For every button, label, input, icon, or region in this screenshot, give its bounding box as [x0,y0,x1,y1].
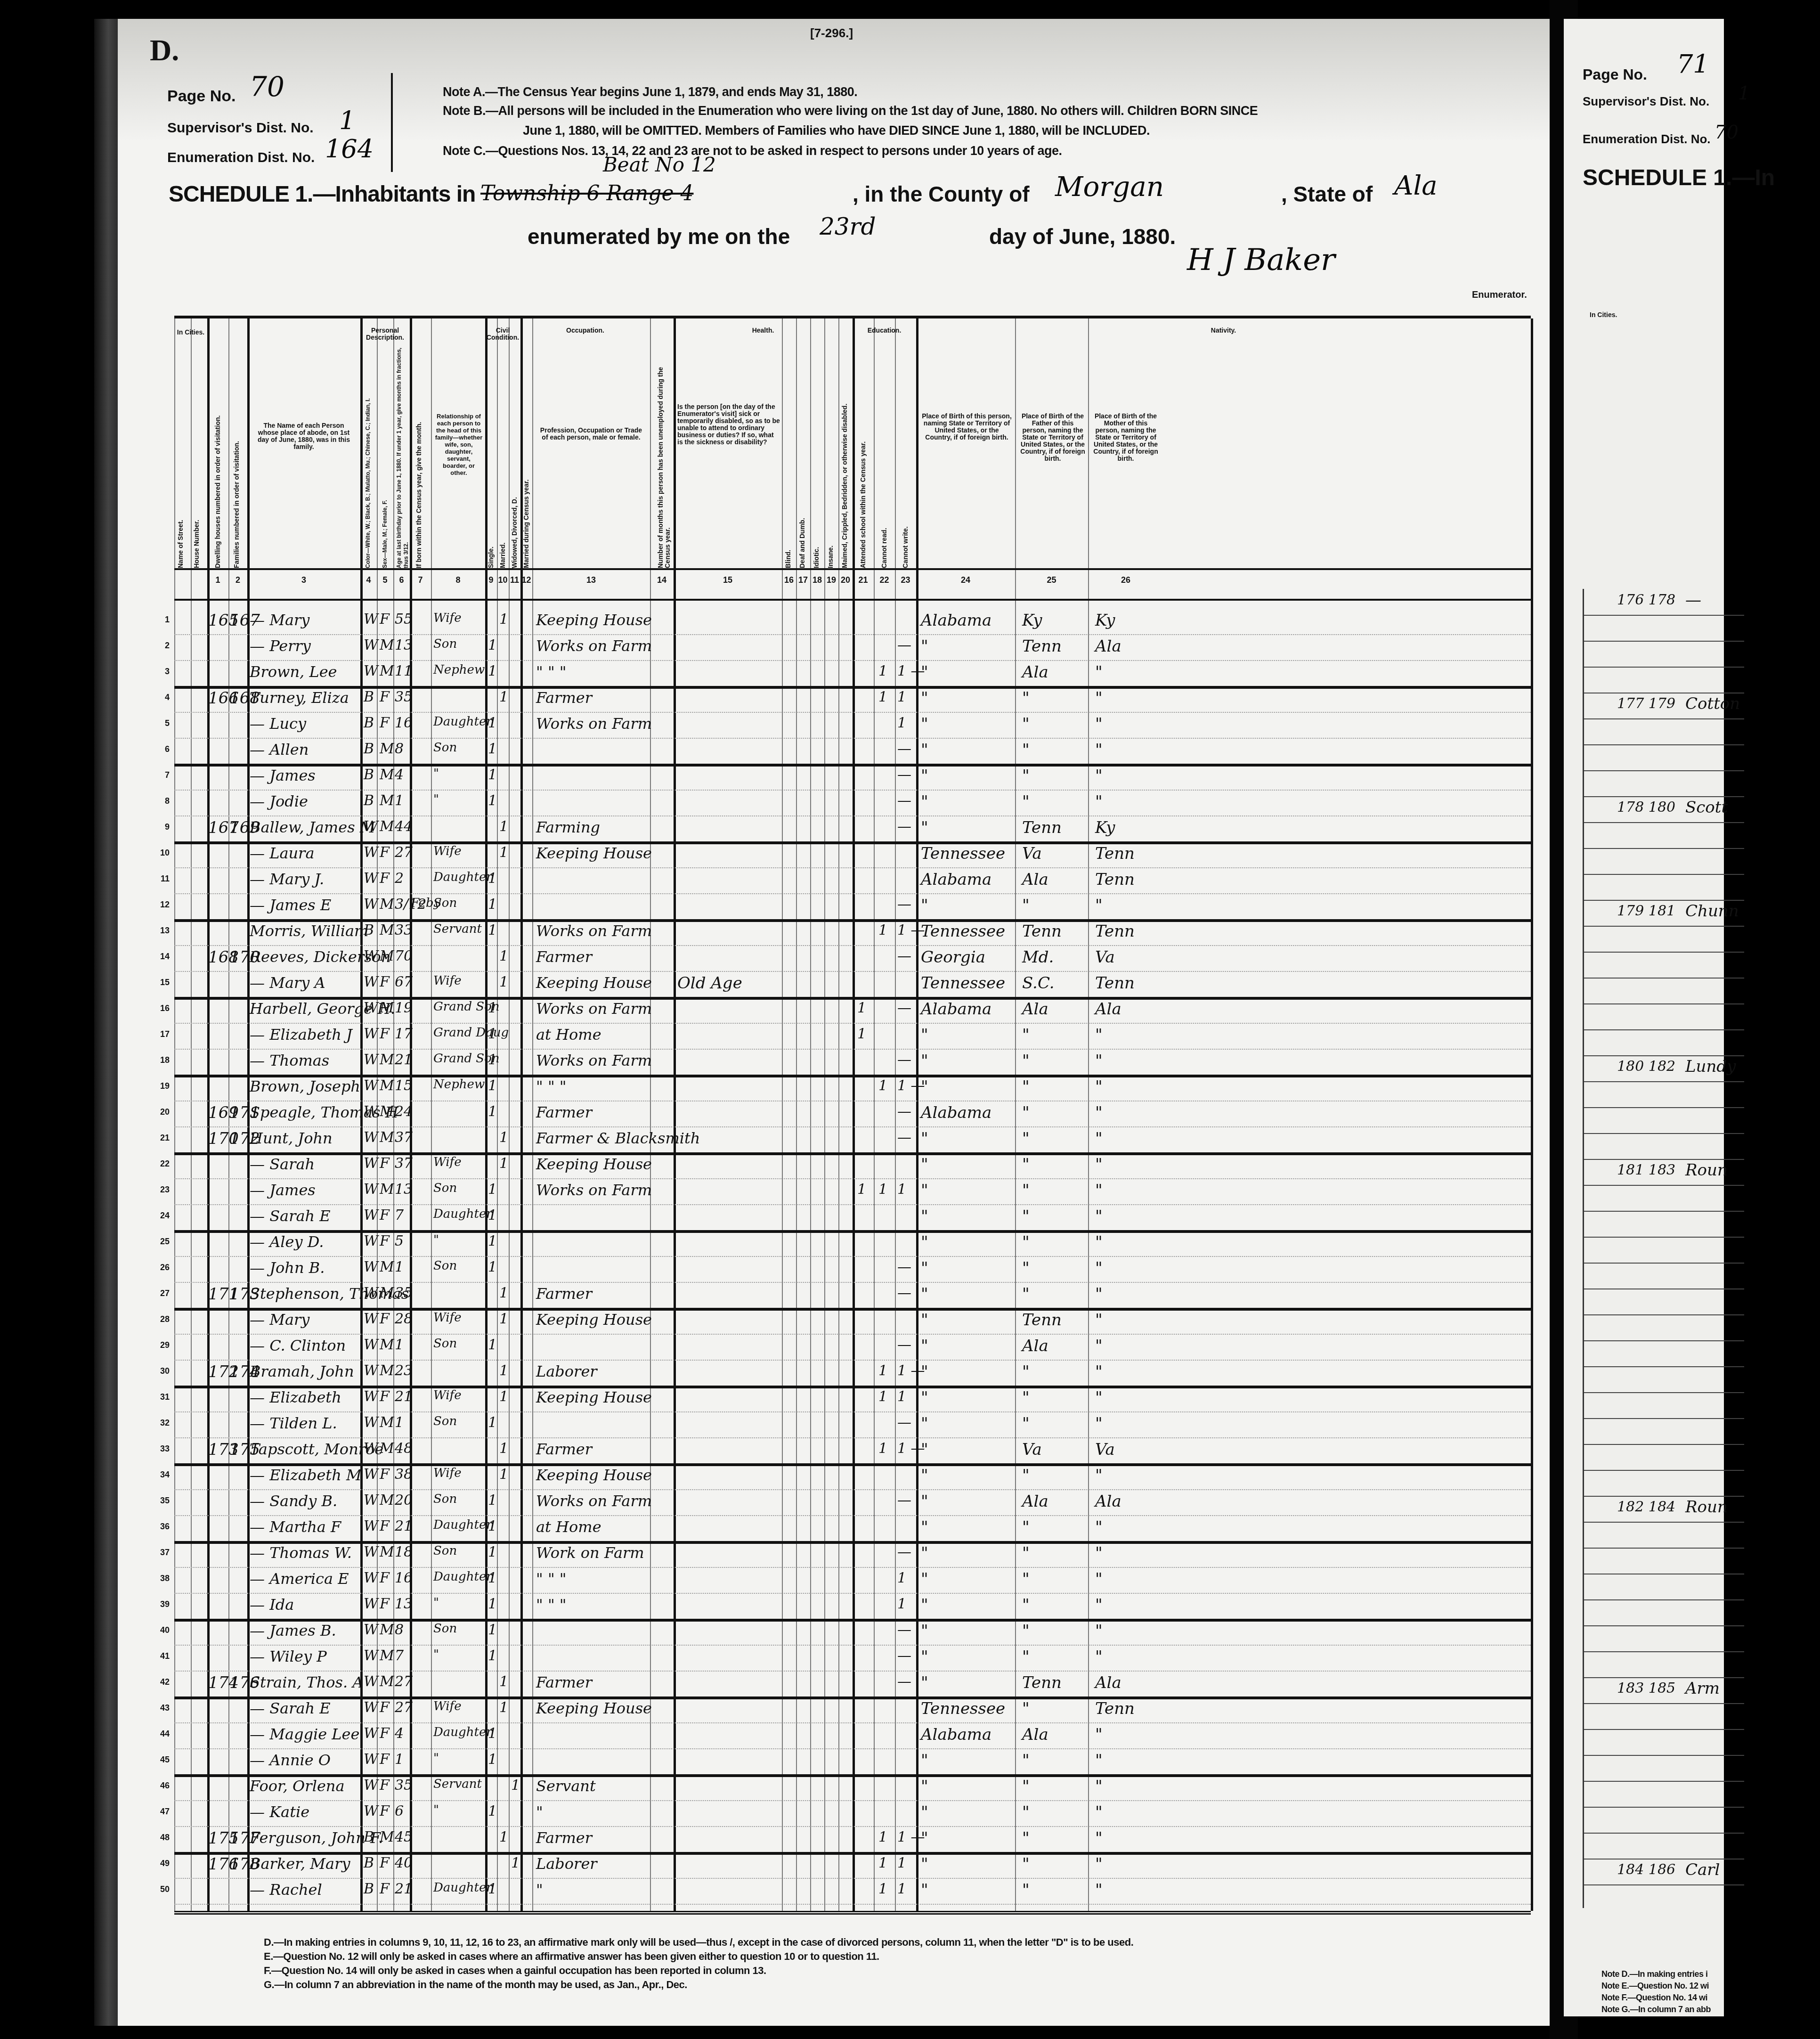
table-row: 35— Sandy B.WM20Son1Works on Farm—"AlaAl… [174,1489,1531,1516]
person-name: — Ida [250,1596,294,1614]
age: 1 [395,1337,404,1353]
supervisor-dist-value: 1 [339,106,355,136]
color: W [364,1155,378,1172]
single-mark: 1 [488,1518,497,1534]
color: W [364,1103,378,1120]
adjacent-dwelling-family: 178 180 [1617,799,1675,816]
adjacent-footnote-e: Note E.—Question No. 12 wi [1601,1981,1709,1991]
person-name: — America E [250,1570,349,1588]
age: 35 [395,689,413,705]
birthplace: " [921,1829,928,1848]
father-birthplace: " [1022,1648,1030,1666]
table-row: 18— ThomasWM21Grand Son1Works on Farm—""… [174,1049,1531,1077]
occupation: Works on Farm [536,1000,652,1018]
mother-birthplace: " [1095,1362,1103,1381]
person-name: — Jodie [250,792,308,810]
adjacent-dwelling-family: 179 181 [1617,903,1675,919]
table-row: 27171173Stephenson, ThomasWM351Farmer—""… [174,1282,1531,1311]
adjacent-row [1584,1651,1744,1678]
single-mark: 1 [488,1103,497,1120]
single-mark: 1 [488,1596,497,1612]
adjacent-person-name: Scott [1685,798,1728,817]
birthplace: Alabama [921,611,991,630]
mother-birthplace: " [1095,1388,1103,1407]
cannot-write-mark: — [897,1492,911,1509]
age: 35 [395,1285,413,1301]
father-birthplace: " [1022,767,1030,785]
color: B [364,1855,374,1871]
person-name: — Maggie Lee [250,1725,359,1743]
married-mark: 1 [499,611,508,628]
father-birthplace: " [1022,1181,1030,1200]
birthplace: " [921,1881,928,1900]
adjacent-row [1584,1133,1744,1160]
mother-birthplace: Ala [1095,1673,1121,1692]
father-birthplace: " [1022,1414,1030,1433]
age: 16 [395,715,413,731]
sex: M [380,1000,394,1016]
row-number: 47 [155,1807,170,1817]
row-number: 15 [155,978,170,987]
occupation: Servant [536,1777,596,1795]
birthplace: " [921,1440,928,1459]
header-sickness: Is the person [on the day of the Enumera… [677,403,780,446]
relationship: Wife [433,974,462,988]
sex: F [380,1518,390,1534]
birthplace: " [921,1855,928,1874]
mother-birthplace: Va [1095,948,1115,967]
colnum-2: 2 [228,575,247,585]
age: 27 [395,1673,413,1690]
adjacent-row [1584,744,1744,771]
occupation: Works on Farm [536,1052,652,1069]
person-name: Brown, Lee [250,663,337,681]
county-label: , in the County of [853,181,1030,207]
occupation: Works on Farm [536,637,652,655]
header-street: Name of Street. [177,446,184,568]
age: 13 [395,1181,413,1198]
age: 20 [395,1492,413,1509]
age: 70 [395,948,413,964]
relationship: Wife [433,1155,462,1169]
color: W [364,818,378,835]
occupation: Farmer [536,1440,592,1458]
adjacent-row [1584,978,1744,1004]
cannot-read-mark: 1 [878,1362,887,1379]
sex: M [380,818,394,835]
adjacent-page-no-label: Page No. [1583,66,1647,83]
mother-birthplace: Ala [1095,1492,1121,1511]
occupation: Farmer [536,689,592,707]
age: 48 [395,1440,413,1457]
row-number: 19 [155,1081,170,1091]
sex: M [380,1259,394,1275]
header-name: The Name of each Person whose place of a… [257,422,351,450]
married-mark: 1 [499,844,508,861]
married-mark: 1 [499,1285,508,1301]
table-row: 21170172Hunt, JohnWM371Farmer & Blacksmi… [174,1126,1531,1155]
father-birthplace: " [1022,1777,1030,1796]
adjacent-row [1584,952,1744,979]
color: W [364,1414,378,1431]
colnum-12: 12 [520,575,532,585]
adjacent-rows: 176 178—177 179Cotton178 180Scott179 181… [1583,589,1725,1908]
relationship: Daughter [433,1518,492,1532]
mother-birthplace: " [1095,1829,1103,1848]
relationship: " [433,1233,439,1247]
table-row: 4166168Turney, ElizaBF351Farmer11""" [174,686,1531,713]
mother-birthplace: " [1095,1751,1103,1770]
occupation: at Home [536,1518,601,1536]
single-mark: 1 [488,1803,497,1819]
birthplace: " [921,1570,928,1589]
sex: M [380,1103,394,1120]
father-birthplace: Tenn [1022,1673,1062,1692]
father-birthplace: " [1022,1855,1030,1874]
corner-letter: D. [150,33,179,68]
footnote-g: G.—In column 7 an abbreviation in the na… [264,1979,687,1991]
age: 17 [395,1026,413,1042]
mother-birthplace: Ala [1095,1000,1121,1019]
header-blind: Blind. [785,526,792,568]
father-birthplace: Ala [1022,1337,1048,1355]
father-birthplace: " [1022,1155,1030,1174]
relationship: Son [433,1414,457,1428]
occupation: Farmer [536,948,592,966]
occupation: Farmer [536,1829,592,1847]
cannot-write-mark: — [897,1622,911,1638]
occupation: Farming [536,818,600,836]
occupation: " " " [536,1077,567,1095]
adjacent-row [1584,926,1744,953]
person-name: — C. Clinton [250,1337,346,1354]
father-birthplace: " [1022,896,1030,915]
birthplace: " [921,1311,928,1329]
sex: F [380,1233,390,1249]
table-row: 7— JamesBM4"1—""" [174,764,1531,791]
adjacent-row [1584,667,1744,693]
occupation: " " " [536,1570,567,1588]
relationship: Son [433,1544,457,1558]
relationship: " [433,1648,439,1662]
age: 1 [395,1414,404,1431]
adjacent-row [1584,1211,1744,1238]
adjacent-dwelling-family: 182 184 [1617,1499,1675,1515]
color: W [364,1622,378,1638]
father-birthplace: " [1022,689,1030,708]
cannot-write-mark: 1 [897,1881,906,1897]
row-number: 38 [155,1574,170,1583]
table-row: 26— John B.WM1Son1—""" [174,1256,1531,1283]
row-number: 20 [155,1107,170,1117]
sex: M [380,948,394,964]
table-row: 40— James B.WM8Son1—""" [174,1619,1531,1646]
birthplace: " [921,1233,928,1252]
person-name: — Lucy [250,715,306,733]
table-row: 42174176Strain, Thos. AWM271Farmer—"Tenn… [174,1671,1531,1699]
color: B [364,741,374,757]
mother-birthplace: Tenn [1095,870,1135,889]
father-birthplace: Va [1022,1440,1042,1459]
birthplace: " [921,1285,928,1304]
person-name: Ballew, James M [250,818,375,836]
mother-birthplace: " [1095,792,1103,811]
row-number: 23 [155,1185,170,1195]
person-name: Morris, William [250,922,368,940]
mother-birthplace: " [1095,1026,1103,1044]
single-mark: 1 [488,896,497,913]
age: 1 [395,1751,404,1768]
adjacent-row [1584,1444,1744,1471]
cannot-write-mark: — [897,767,911,783]
sex: F [380,1311,390,1327]
occupation: " [536,1803,543,1821]
color: B [364,689,374,705]
mother-birthplace: " [1095,1725,1103,1744]
row-number: 4 [155,693,170,702]
adjacent-person-name: Lundy [1685,1057,1736,1076]
mother-birthplace: " [1095,1518,1103,1537]
adjacent-row [1584,848,1744,875]
mother-birthplace: " [1095,1596,1103,1615]
sex: M [380,1673,394,1690]
single-mark: 1 [488,1648,497,1664]
colnum-24: 24 [916,575,1015,585]
adjacent-supervisor-value: 1 [1738,82,1750,104]
cannot-write-mark: — [897,1103,911,1120]
person-name: — Mary [250,611,309,629]
adjacent-enumeration-value: 70 [1714,122,1739,143]
colnum-9: 9 [485,575,497,585]
father-birthplace: Ky [1022,611,1042,630]
mother-birthplace: " [1095,1803,1103,1822]
occupation: Works on Farm [536,922,652,940]
location-inserted: Beat No 12 [603,153,716,176]
single-mark: 1 [488,1414,497,1431]
mother-birthplace: Ky [1095,611,1115,630]
single-mark: 1 [488,1026,497,1042]
father-birthplace: " [1022,1751,1030,1770]
note-b-line1: Note B.—All persons will be included in … [443,104,1258,118]
color: W [364,1492,378,1509]
colnum-6: 6 [393,575,410,585]
age: 21 [395,1881,413,1897]
sex: F [380,1026,390,1042]
cannot-write-mark: 1 [897,715,906,731]
occupation: Farmer [536,1103,592,1121]
birthplace: " [921,1648,928,1666]
age: 7 [395,1648,404,1664]
row-number: 37 [155,1548,170,1558]
mother-birthplace: Ala [1095,637,1121,656]
adjacent-footnote-d: Note D.—In making entries i [1601,1969,1708,1979]
colnum-18: 18 [810,575,824,585]
enumerator-signature: H J Baker [1187,243,1335,277]
table-row: 16Harbell, George H.WM19Grand Son1Works … [174,997,1531,1024]
relationship: Wife [433,1388,462,1403]
cannot-write-mark: 1 [897,1596,906,1612]
single-mark: 1 [488,870,497,887]
mother-birthplace: " [1095,1648,1103,1666]
age: 11 [395,663,413,679]
cannot-write-mark: — [897,1414,911,1431]
cannot-write-mark: — [897,1285,911,1301]
person-name: — Thomas W. [250,1544,352,1562]
mother-birthplace: " [1095,1570,1103,1589]
person-name: — Mary J. [250,870,324,888]
occupation: " " " [536,1596,567,1614]
colnum-22: 22 [874,575,895,585]
occupation: Keeping House [536,1699,652,1717]
sex: F [380,1699,390,1716]
birthplace: Alabama [921,870,991,889]
birthplace: " [921,1129,928,1148]
table-row: 8— JodieBM1"1—""" [174,790,1531,816]
cannot-read-mark: 1 [878,689,887,705]
header-bracket [391,73,393,172]
person-name: — Sarah [250,1155,315,1173]
father-birthplace: " [1022,1699,1030,1718]
header-single: Single. [487,521,495,568]
mother-birthplace: " [1095,767,1103,785]
color: B [364,767,374,783]
occupation: Laborer [536,1855,597,1873]
color: B [364,792,374,809]
table-row: 48175177Ferguson, John F.BM451Farmer11 —… [174,1826,1531,1855]
relationship: Servant [433,922,482,936]
footnote-e: E.—Question No. 12 will only be asked in… [264,1950,879,1963]
person-name: — Aley D. [250,1233,324,1251]
occupation: Works on Farm [536,1181,652,1199]
table-row: 6— AllenBM8Son1—""" [174,738,1531,767]
cannot-write-mark: — [897,1673,911,1690]
sex: M [380,1362,394,1379]
birthplace: " [921,1259,928,1278]
location-struck: Township 6 Range 4 [480,181,693,205]
married-mark: 1 [499,1311,508,1327]
sex: F [380,1881,390,1897]
color: B [364,922,374,938]
age: 6 [395,1803,404,1819]
adjacent-person-name: Arm [1685,1679,1720,1698]
adjacent-row [1584,1548,1744,1574]
attended-school-mark: 1 [857,1181,866,1198]
adjacent-row [1584,1003,1744,1030]
adjacent-dwelling-family: 177 179 [1617,695,1675,712]
adjacent-row [1584,1418,1744,1445]
birthplace: " [921,715,928,734]
group-health: Health. [674,327,853,334]
age: 21 [395,1388,413,1405]
row-number: 24 [155,1211,170,1221]
birthplace: " [921,1622,928,1640]
birthplace: " [921,818,928,837]
relationship: " [433,1803,439,1817]
colnum-26: 26 [1088,575,1163,585]
row-number: 14 [155,952,170,962]
cannot-write-mark: 1 [897,1855,906,1871]
row-number: 21 [155,1133,170,1143]
note-b-line2: June 1, 1880, will be OMITTED. Members o… [523,123,1150,138]
group-personal: Personal Description. [360,327,410,341]
adjacent-dwelling-family: 176 178 [1617,592,1675,608]
table-row: 37— Thomas W.WM18Son1Work on Farm—""" [174,1541,1531,1568]
birthplace: " [921,1362,928,1381]
color: W [364,1000,378,1016]
sex: M [380,1414,394,1431]
father-birthplace: " [1022,1622,1030,1640]
occupation: Work on Farm [536,1544,644,1562]
sex: F [380,1596,390,1612]
adjacent-person-name: Cotton [1685,694,1740,713]
cannot-write-mark: — [897,1000,911,1016]
birthplace: " [921,1155,928,1174]
single-mark: 1 [488,767,497,783]
adjacent-row [1584,1263,1744,1289]
cannot-write-mark: — [897,1648,911,1664]
mother-birthplace: " [1095,1855,1103,1874]
occupation: Works on Farm [536,1492,652,1510]
single-mark: 1 [488,663,497,679]
father-birthplace: " [1022,1388,1030,1407]
cannot-write-mark: — [897,1544,911,1560]
row-number: 18 [155,1055,170,1065]
relationship: Wife [433,1466,462,1480]
color: W [364,1725,378,1742]
table-row: 23— JamesWM13Son1Works on Farm111""" [174,1178,1531,1205]
single-mark: 1 [488,1622,497,1638]
header-family: Families numbered in order of visitation… [233,384,240,568]
relationship: Daughter [433,870,492,884]
birthplace: " [921,1026,928,1044]
sex: M [380,1077,394,1094]
father-birthplace: " [1022,1103,1030,1122]
father-birthplace: Tenn [1022,1311,1062,1329]
age: 2 [395,870,404,887]
sex: F [380,715,390,731]
single-mark: 1 [488,1881,497,1897]
note-c: Note C.—Questions Nos. 13, 14, 22 and 23… [443,144,1062,158]
colnum-4: 4 [360,575,377,585]
group-occupation: Occupation. [520,327,650,334]
birthplace: " [921,792,928,811]
cannot-write-mark: 1 [897,1570,906,1586]
colnum-1: 1 [207,575,228,585]
single-mark: 1 [488,1259,497,1275]
header-birthplace: Place of Birth of this person, naming St… [921,413,1013,441]
person-name: — Wiley P [250,1648,327,1665]
cannot-read-mark: 1 [878,663,887,679]
adjacent-dwelling-family: 184 186 [1617,1861,1675,1878]
row-number: 43 [155,1703,170,1713]
mother-birthplace: " [1095,1622,1103,1640]
birthplace: " [921,1414,928,1433]
occupation: at Home [536,1026,601,1044]
row-number: 36 [155,1522,170,1532]
row-number: 40 [155,1625,170,1635]
cannot-write-mark: 1 [897,689,906,705]
relationship: Son [433,637,457,651]
header-maimed: Maimed, Crippled, Bedridden, or otherwis… [841,347,848,568]
header-cannot-read: Cannot read. [881,498,888,568]
group-nativity: Nativity. [916,327,1531,334]
table-row: 41— Wiley PWM7"1—""" [174,1645,1531,1672]
relationship: Son [433,741,457,755]
father-birthplace: " [1022,1881,1030,1900]
occupation: Farmer [536,1673,592,1691]
age: 33 [395,922,413,938]
footnote-f: F.—Question No. 14 will only be asked in… [264,1965,766,1977]
